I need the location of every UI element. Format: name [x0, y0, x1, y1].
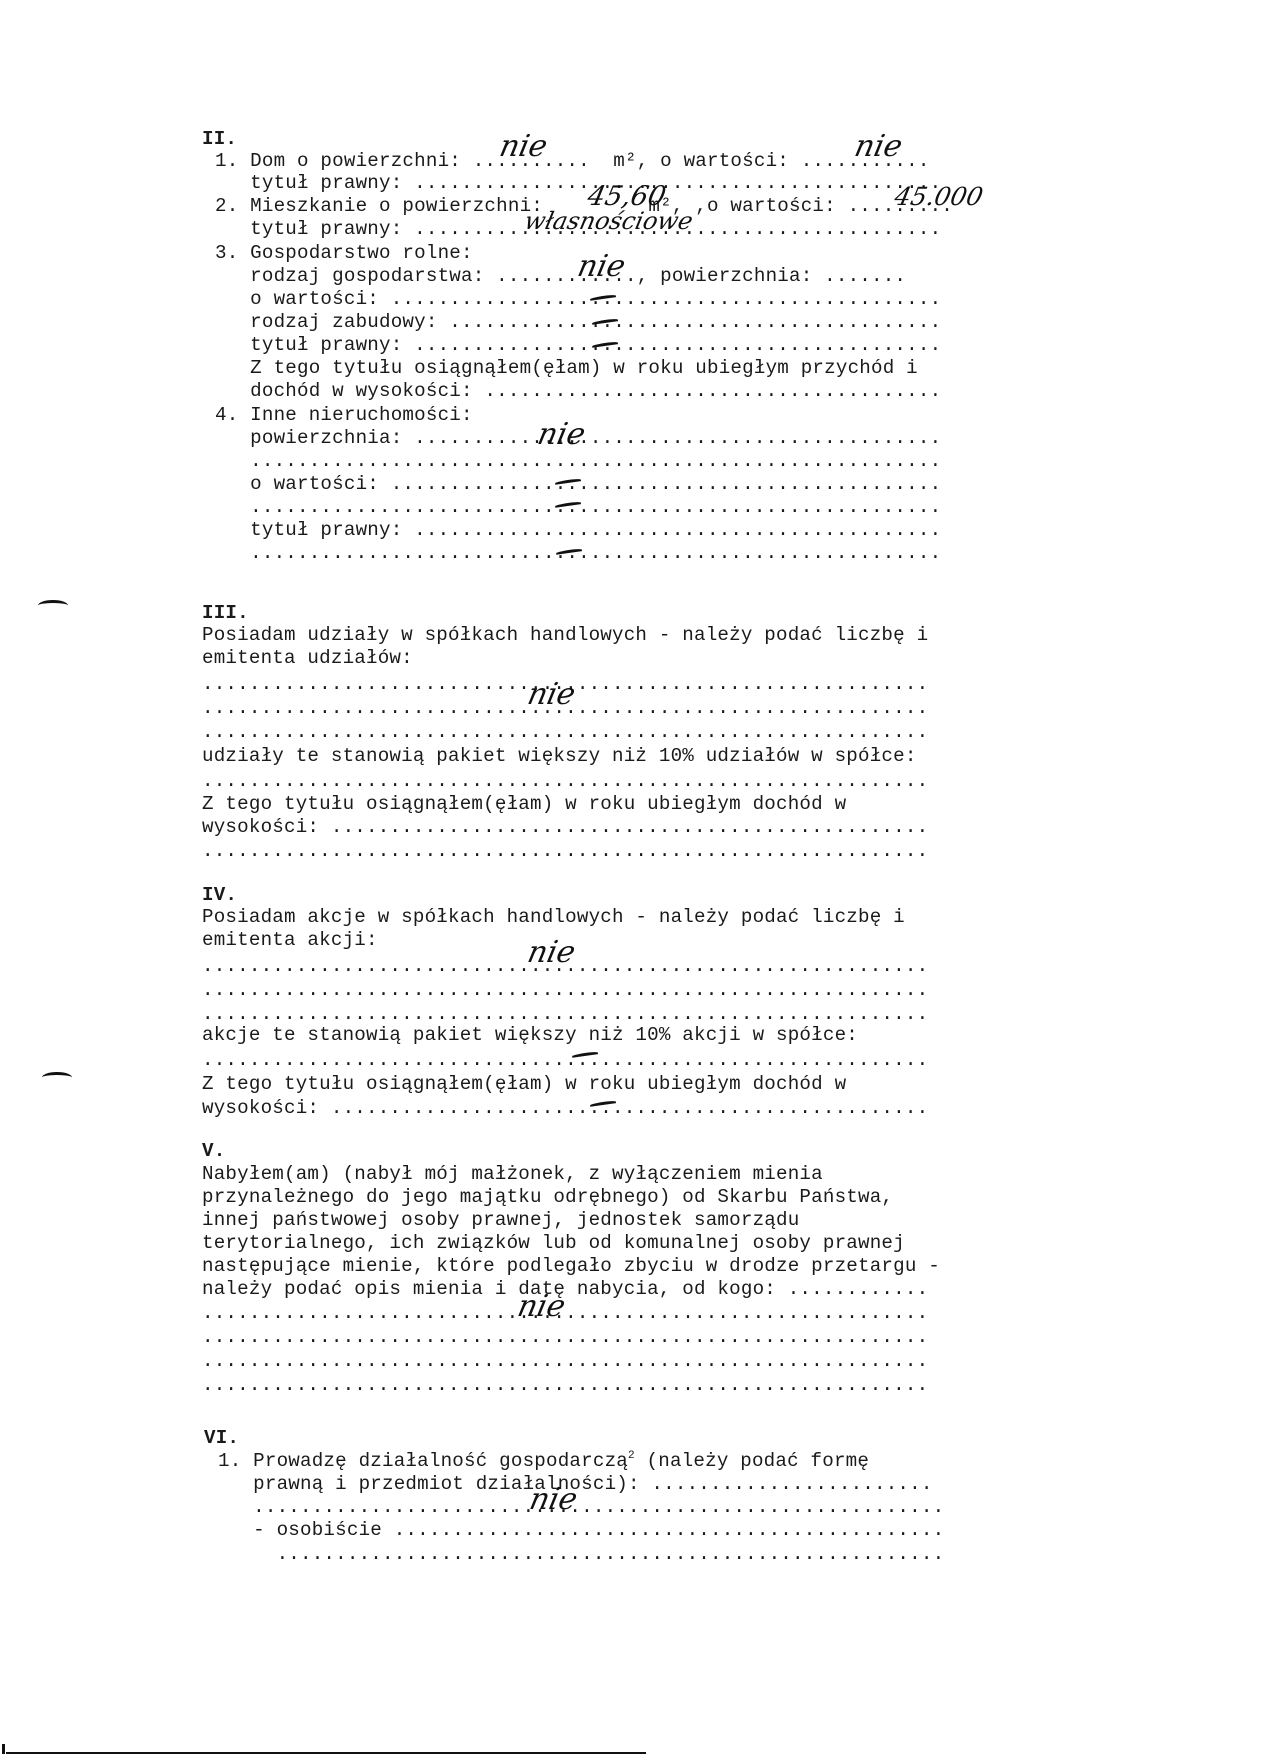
form-line-text: (należy podać formę [635, 1450, 869, 1472]
form-line: wysokości: .............................… [202, 1097, 928, 1119]
form-line: 3. Gospodarstwo rolne: [215, 242, 473, 264]
footnote-marker: 2 [628, 1450, 635, 1462]
handwritten-mienie: nie [515, 1292, 568, 1322]
form-line: 1. Prowadzę działalność gospodarczą2 (na… [218, 1450, 869, 1472]
handwritten-gospodarstwo-rodzaj: nie [575, 252, 628, 282]
form-line: ........................................… [218, 1496, 944, 1518]
section-heading-ii: II. [202, 128, 237, 150]
form-line: Posiadam udziały w spółkach handlowych -… [202, 624, 928, 646]
handwritten-dom-powierzchnia: nie [497, 132, 550, 162]
form-line: 1. Dom o powierzchni: .......... m², o w… [215, 150, 930, 172]
form-line: ........................................… [202, 1326, 928, 1348]
handwritten-dzialalnosc: nie [527, 1485, 580, 1515]
handwritten-mieszkanie-wartosc: 45.000 [892, 182, 986, 212]
margin-punch-mark [38, 600, 68, 611]
form-line: ........................................… [202, 1302, 928, 1324]
section-heading-v: V. [202, 1140, 225, 1162]
form-line: ........................................… [202, 721, 928, 743]
form-line: ........................................… [202, 770, 928, 792]
form-line: ........................................… [218, 1543, 944, 1565]
form-line-text: 1. Prowadzę działalność gospodarczą [218, 1450, 628, 1472]
form-line: Z tego tytułu osiągnąłem(ęłam) w roku ub… [202, 1073, 846, 1095]
handwritten-inne-powierzchnia: nie [535, 420, 588, 450]
section-heading-iv: IV. [202, 884, 237, 906]
form-line: ........................................… [215, 496, 941, 518]
form-line: terytorialnego, ich związków lub od komu… [202, 1232, 905, 1254]
document-page: II. 1. Dom o powierzchni: .......... m²,… [0, 0, 1272, 1755]
handwritten-dom-wartosc: nie [852, 132, 905, 162]
footnote-separator [6, 1752, 646, 1754]
form-line: udziały te stanowią pakiet większy niż 1… [202, 745, 917, 767]
handwritten-mieszkanie-tytul-prawny: własnościowe [522, 206, 696, 236]
form-line: rodzaj zabudowy: .......................… [215, 311, 941, 333]
form-line: dochód w wysokości: ....................… [215, 380, 941, 402]
handwritten-akcje: nie [525, 938, 578, 968]
form-line: Z tego tytułu osiągnąłem(ęłam) w roku ub… [202, 793, 846, 815]
form-line: przynależnego do jego majątku odrębnego)… [202, 1186, 893, 1208]
corner-mark [2, 1744, 5, 1754]
form-line: wysokości: .............................… [202, 816, 928, 838]
form-line: emitenta akcji: [202, 929, 378, 951]
form-line: Nabyłem(am) (nabył mój małżonek, z wyłąc… [202, 1163, 823, 1185]
form-line: ........................................… [202, 979, 928, 1001]
form-line: Posiadam akcje w spółkach handlowych - n… [202, 906, 905, 928]
section-heading-vi: VI. [204, 1427, 239, 1449]
form-line: tytuł prawny: ..........................… [215, 334, 941, 356]
form-line: tytuł prawny: ..........................… [215, 519, 941, 541]
form-line: innej państwowej osoby prawnej, jednoste… [202, 1209, 799, 1231]
form-line: ........................................… [202, 840, 928, 862]
section-heading-iii: III. [202, 602, 249, 624]
form-line: rodzaj gospodarstwa: ............, powie… [215, 265, 906, 287]
form-line: o wartości: ............................… [215, 288, 941, 310]
form-line: o wartości: ............................… [215, 473, 941, 495]
handwritten-udzialy: nie [525, 680, 578, 710]
form-line: ........................................… [215, 542, 941, 564]
form-line: 4. Inne nieruchomości: [215, 404, 473, 426]
form-line: ........................................… [202, 1350, 928, 1372]
margin-punch-mark [42, 1072, 72, 1083]
form-line: tytuł prawny: ..........................… [215, 172, 941, 194]
form-line: - osobiście ............................… [218, 1519, 944, 1541]
form-line: Z tego tytułu osiągnąłem(ęłam) w roku ub… [215, 357, 918, 379]
form-line: emitenta udziałów: [202, 647, 413, 669]
form-line: ........................................… [202, 1049, 928, 1071]
form-line: ........................................… [215, 450, 941, 472]
form-line: ........................................… [202, 1003, 928, 1025]
form-line: następujące mienie, które podlegało zbyc… [202, 1255, 940, 1277]
form-line: ........................................… [202, 1374, 928, 1396]
form-line: akcje te stanowią pakiet większy niż 10%… [202, 1024, 858, 1046]
